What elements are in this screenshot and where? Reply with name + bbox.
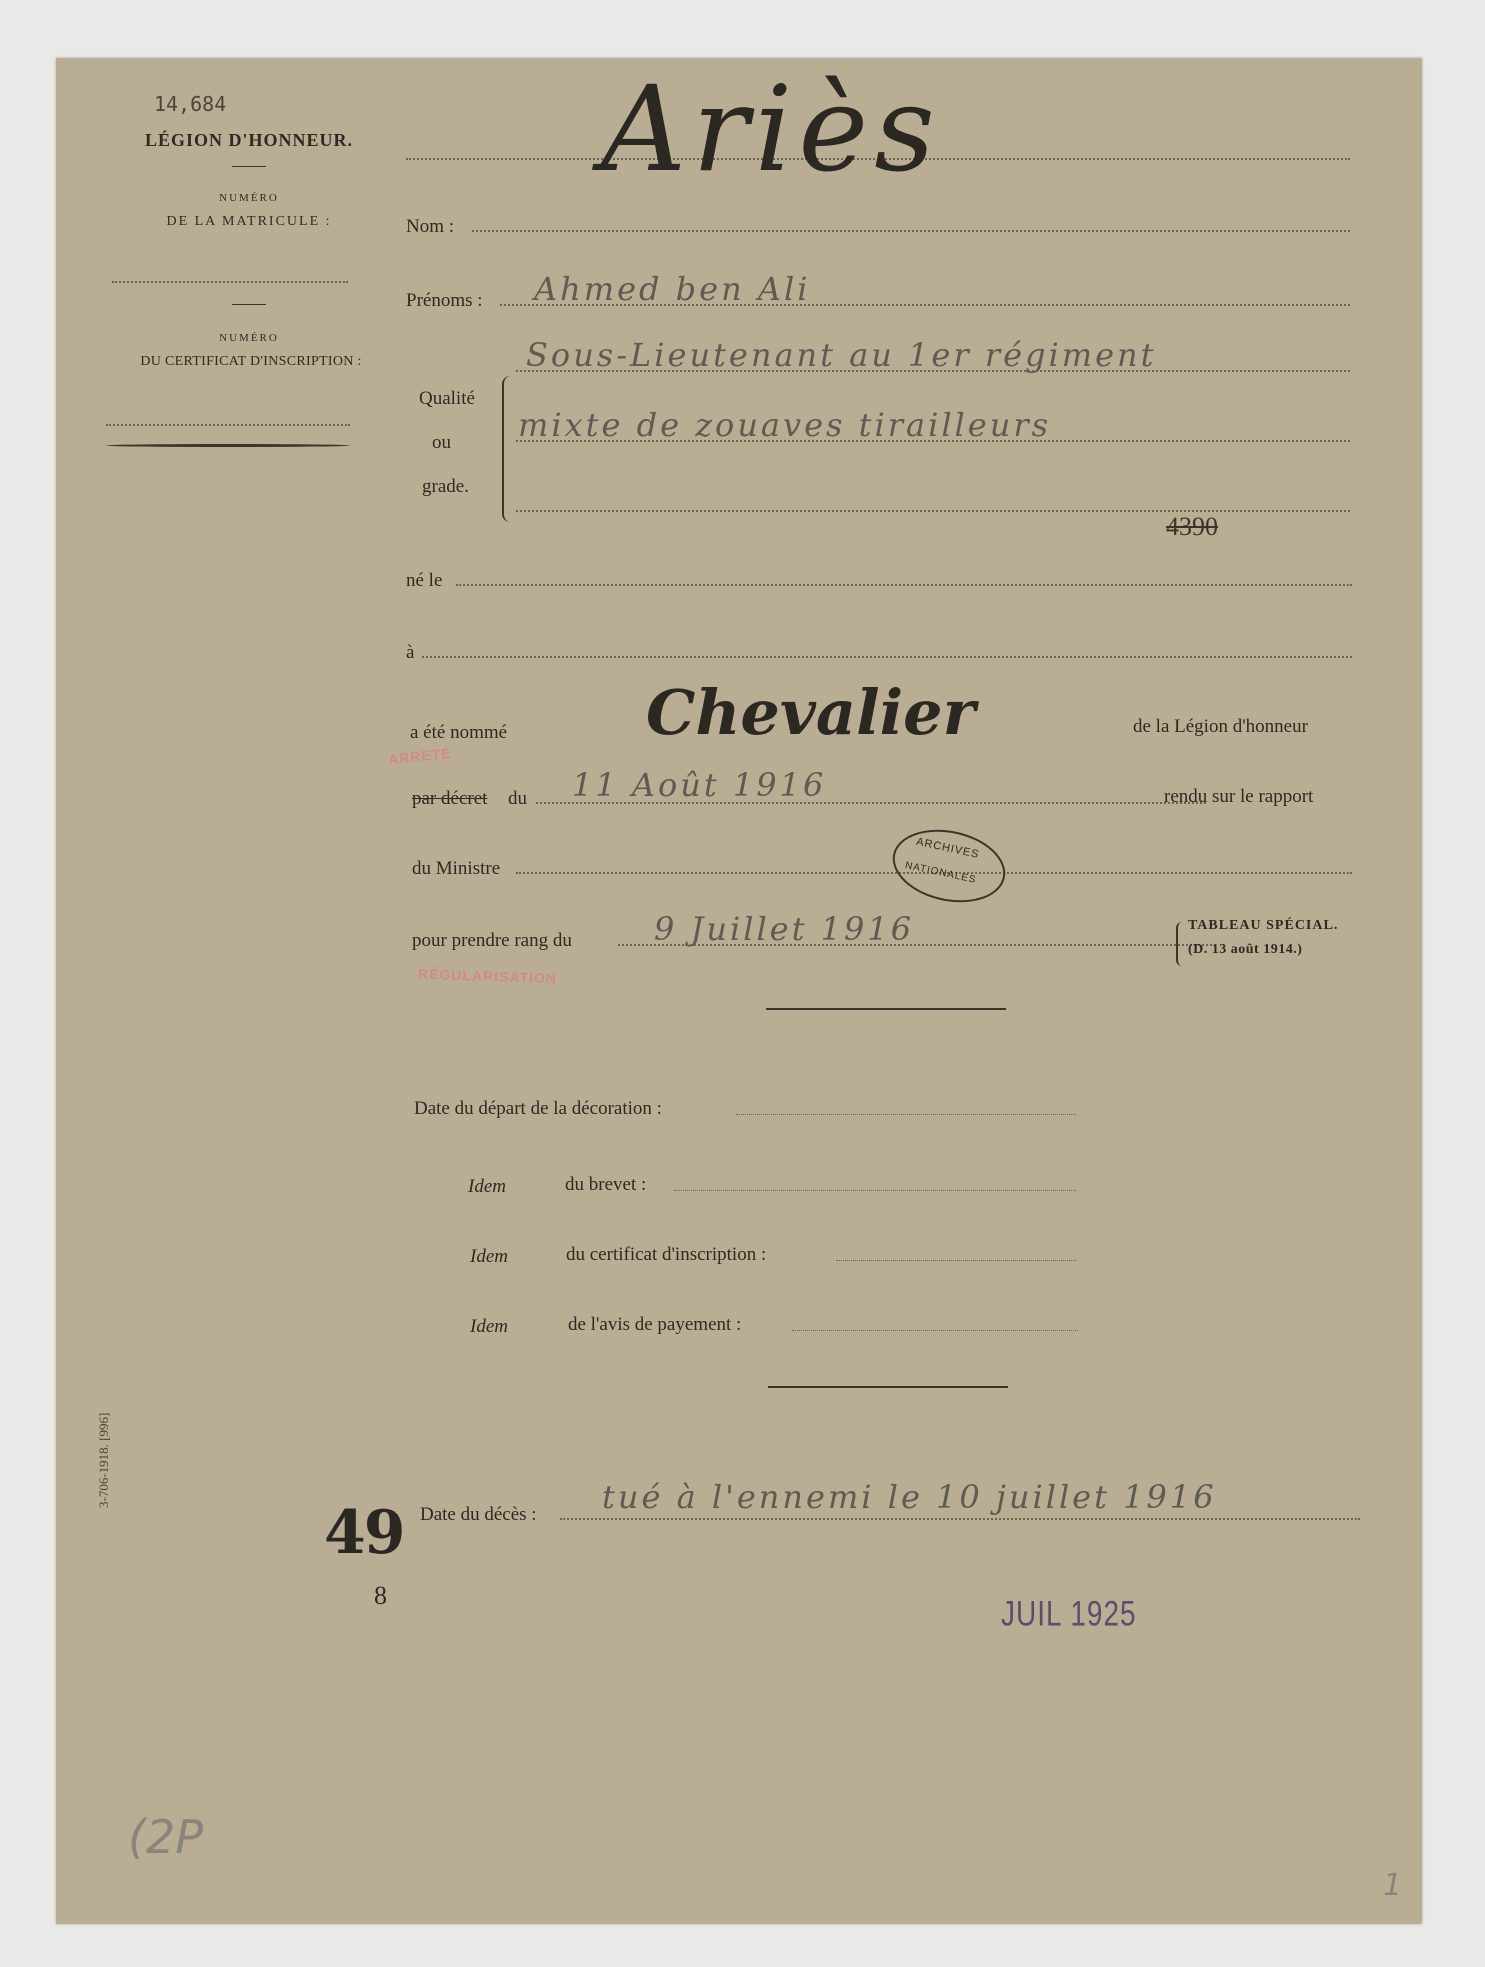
tableau-brace: [1176, 922, 1182, 966]
tableau-note-line1: TABLEAU SPÉCIAL.: [1188, 918, 1338, 934]
title-divider: [232, 166, 266, 167]
decret-label: du: [508, 788, 527, 810]
qualite-label-line2: ou: [432, 432, 451, 454]
a-field[interactable]: [422, 656, 1352, 658]
brevet-field[interactable]: [674, 1190, 1076, 1191]
ornamental-divider: [106, 444, 350, 447]
document-page: 14,684 LÉGION D'HONNEUR. NUMÉRO DE LA MA…: [56, 58, 1422, 1924]
decret-suffix: rendu sur le rapport: [1164, 786, 1313, 808]
a-label: à: [406, 642, 414, 664]
certificat-dispatch-field[interactable]: [836, 1260, 1076, 1261]
depart-decoration-field[interactable]: [736, 1114, 1076, 1115]
matricule-field[interactable]: [112, 281, 348, 283]
certificat-field[interactable]: [106, 424, 350, 426]
ne-le-field[interactable]: [456, 584, 1352, 586]
qualite-brace: [502, 376, 510, 522]
section-divider-1: [766, 1008, 1006, 1010]
section-divider-2: [768, 1386, 1008, 1388]
matricule-divider: [232, 304, 266, 305]
correction-number: 4390: [1166, 512, 1218, 542]
archives-stamp: ARCHIVES NATIONALES: [886, 820, 1012, 912]
nom-label: Nom :: [406, 216, 454, 238]
stamp-subnumber: 8: [374, 1581, 387, 1611]
matricule-label-line1: NUMÉRO: [134, 192, 364, 204]
pencil-note: (2P: [128, 1810, 203, 1864]
archives-stamp-line2: NATIONALES: [904, 860, 977, 886]
certificat-label: du certificat d'inscription :: [566, 1244, 766, 1266]
payement-label: de l'avis de payement :: [568, 1314, 741, 1336]
nom-field[interactable]: [472, 230, 1350, 232]
nom-value: Ariès: [601, 60, 941, 198]
tableau-note-line2: (D. 13 août 1914.): [1188, 942, 1302, 958]
nomination-rank: Chevalier: [646, 676, 975, 749]
qualite-label-line1: Qualité: [419, 388, 475, 410]
archives-stamp-line1: ARCHIVES: [915, 836, 980, 861]
rang-value: 9 Juillet 1916: [654, 910, 914, 948]
decret-value: 11 Août 1916: [572, 766, 826, 804]
nomination-suffix: de la Légion d'honneur: [1133, 716, 1308, 738]
deces-field[interactable]: [560, 1518, 1360, 1520]
ne-le-label: né le: [406, 570, 442, 592]
certificat-label-line1: NUMÉRO: [134, 332, 364, 344]
legion-title: LÉGION D'HONNEUR.: [134, 130, 364, 151]
qualite-field-line3[interactable]: [516, 510, 1350, 512]
regularisation-stamp: RÉGULARISATION: [418, 966, 557, 987]
prenoms-field[interactable]: [500, 304, 1350, 306]
date-stamp: JUIL 1925: [1001, 1594, 1137, 1634]
rang-label: pour prendre rang du: [412, 930, 572, 952]
certificat-label-line2: DU CERTIFICAT D'INSCRIPTION :: [106, 354, 396, 370]
depart-decoration-label: Date du départ de la décoration :: [414, 1098, 662, 1120]
brevet-label: du brevet :: [565, 1174, 646, 1196]
qualite-field-line2[interactable]: [516, 440, 1350, 442]
ministre-label: du Ministre: [412, 858, 500, 880]
brevet-idem: Idem: [468, 1176, 506, 1198]
nomination-prefix: a été nommé: [410, 722, 507, 744]
rang-field[interactable]: [618, 944, 1212, 946]
decret-field[interactable]: [536, 802, 1206, 804]
decret-label-struck: par décret: [412, 788, 487, 810]
deces-label: Date du décès :: [420, 1504, 537, 1526]
file-number: 14,684: [154, 92, 226, 116]
stamp-number: 49: [324, 1498, 404, 1568]
deces-value: tué à l'ennemi le 10 juillet 1916: [602, 1478, 1217, 1516]
printer-mark: 3-706-1918. [996]: [96, 1413, 112, 1508]
qualite-value-line2: mixte de zouaves tirailleurs: [518, 406, 1051, 444]
qualite-value-line1: Sous-Lieutenant au 1er régiment: [526, 336, 1157, 374]
payement-field[interactable]: [792, 1330, 1078, 1331]
qualite-label-line3: grade.: [422, 476, 469, 498]
prenoms-value: Ahmed ben Ali: [534, 270, 810, 308]
payement-idem: Idem: [470, 1316, 508, 1338]
qualite-field-line1[interactable]: [516, 370, 1350, 372]
prenoms-label: Prénoms :: [406, 290, 483, 312]
certificat-idem: Idem: [470, 1246, 508, 1268]
matricule-label-line2: DE LA MATRICULE :: [134, 214, 364, 230]
page-number: 1: [1383, 1868, 1402, 1903]
arrete-stamp: ARRETÉ: [387, 745, 452, 768]
